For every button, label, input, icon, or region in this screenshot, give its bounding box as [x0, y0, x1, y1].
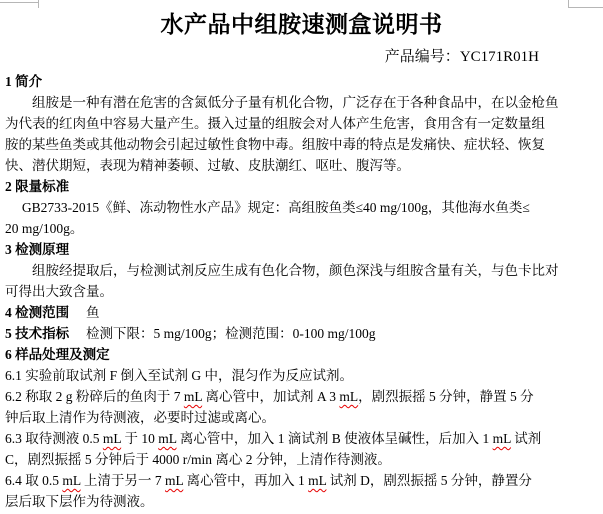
text-segment: 组胺经提取后，与检测试剂反应生成有色化合物，颜色深浅与组胺含量有关，与色卡比对	[5, 263, 559, 278]
text-segment: 为代表的红肉鱼中容易大量产生。摄入过量的组胺会对人体产生危害，食用含有一定数量组	[5, 116, 545, 131]
text-segment: 检测下限：5 mg/100g；检测范围：0-100 mg/100g	[69, 326, 375, 341]
doc-line: 可得出大致含量。	[0, 281, 603, 302]
text-segment: 6 样品处理及测定	[5, 347, 110, 362]
doc-line: C，剧烈振摇 5 分钟后于 4000 r/min 离心 2 分钟，上清作待测液。	[0, 449, 603, 470]
spellcheck-flagged-text: mL	[493, 431, 511, 446]
product-code-line: 产品编号：YC171R01H	[0, 45, 603, 70]
text-segment: GB2733-2015《鲜、冻动物性水产品》规定：高组胺鱼类≤40 mg/100…	[5, 200, 530, 215]
doc-line: 为代表的红肉鱼中容易大量产生。摄入过量的组胺会对人体产生危害，食用含有一定数量组	[0, 113, 603, 134]
spellcheck-flagged-text: mL	[158, 431, 176, 446]
text-segment: 快、潜伏期短，表现为精神萎顿、过敏、皮肤潮红、呕吐、腹泻等。	[5, 158, 410, 173]
text-segment: 上清于另一 7	[81, 473, 165, 488]
doc-line: 快、潜伏期短，表现为精神萎顿、过敏、皮肤潮红、呕吐、腹泻等。	[0, 155, 603, 176]
page-corner-mark-top-right-horizontal	[568, 7, 603, 8]
text-segment: 1 简介	[5, 74, 42, 89]
doc-line: 3 检测原理	[0, 239, 603, 260]
doc-line: 6.2 称取 2 g 粉碎后的鱼肉于 7 mL 离心管中，加试剂 A 3 mL，…	[0, 386, 603, 407]
text-segment: 6.2 称取 2 g 粉碎后的鱼肉于 7	[5, 389, 184, 404]
spellcheck-flagged-text: mL	[103, 431, 121, 446]
text-segment: 鱼	[69, 305, 99, 320]
doc-line: 6.3 取待测液 0.5 mL 于 10 mL 离心管中，加入 1 滴试剂 B …	[0, 428, 603, 449]
text-segment: 6.4 取 0.5	[5, 473, 62, 488]
text-segment: 层后取下层作为待测液。	[5, 494, 154, 509]
text-segment: 6.1 实验前取试剂 F 倒入至试剂 G 中，混匀作为反应试剂。	[5, 368, 353, 383]
doc-line: 钟后取上清作为待测液，必要时过滤或离心。	[0, 407, 603, 428]
text-segment: 于 10	[121, 431, 158, 446]
text-segment: 4 检测范围	[5, 305, 69, 320]
doc-line: 组胺是一种有潜在危害的含氮低分子量有机化合物，广泛存在于各种食品中，在以金枪鱼	[0, 92, 603, 113]
doc-line: 层后取下层作为待测液。	[0, 491, 603, 512]
page-corner-mark-top-left-vertical	[38, 0, 39, 8]
text-segment: 离心管中，加试剂 A 3	[202, 389, 339, 404]
spellcheck-flagged-text: mL	[62, 473, 80, 488]
product-code-label: 产品编号：	[385, 49, 460, 65]
document-lines: 1 简介 组胺是一种有潜在危害的含氮低分子量有机化合物，广泛存在于各种食品中，在…	[0, 71, 603, 512]
text-segment: 3 检测原理	[5, 242, 69, 257]
text-segment: 组胺是一种有潜在危害的含氮低分子量有机化合物，广泛存在于各种食品中，在以金枪鱼	[5, 95, 559, 110]
doc-line: 2 限量标准	[0, 176, 603, 197]
doc-line: 20 mg/100g。	[0, 218, 603, 239]
doc-line: 5 技术指标 检测下限：5 mg/100g；检测范围：0-100 mg/100g	[0, 323, 603, 344]
doc-line: 4 检测范围 鱼	[0, 302, 603, 323]
doc-line: 6 样品处理及测定	[0, 344, 603, 365]
text-segment: 2 限量标准	[5, 179, 69, 194]
text-segment: 5 技术指标	[5, 326, 69, 341]
spellcheck-flagged-text: mL	[184, 389, 202, 404]
text-segment: 可得出大致含量。	[5, 284, 113, 299]
text-segment: 钟后取上清作为待测液，必要时过滤或离心。	[5, 410, 275, 425]
spellcheck-flagged-text: mL	[308, 473, 326, 488]
text-segment: 试剂 D，剧烈振摇 5 分钟，静置分	[326, 473, 532, 488]
document-title: 水产品中组胺速测盒说明书	[0, 11, 603, 38]
text-segment: 6.3 取待测液 0.5	[5, 431, 103, 446]
doc-line: 胺的某些鱼类或其他动物会引起过敏性食物中毒。组胺中毒的特点是发痛快、症状轻、恢复	[0, 134, 603, 155]
text-segment: 胺的某些鱼类或其他动物会引起过敏性食物中毒。组胺中毒的特点是发痛快、症状轻、恢复	[5, 137, 545, 152]
spellcheck-flagged-text: mL	[165, 473, 183, 488]
doc-line: 6.1 实验前取试剂 F 倒入至试剂 G 中，混匀作为反应试剂。	[0, 365, 603, 386]
doc-line: GB2733-2015《鲜、冻动物性水产品》规定：高组胺鱼类≤40 mg/100…	[0, 197, 603, 218]
doc-line: 组胺经提取后，与检测试剂反应生成有色化合物，颜色深浅与组胺含量有关，与色卡比对	[0, 260, 603, 281]
text-segment: ，剧烈振摇 5 分钟，静置 5 分	[358, 389, 534, 404]
product-code-value: YC171R01H	[460, 49, 539, 65]
text-segment: C，剧烈振摇 5 分钟后于 4000 r/min 离心 2 分钟，上清作待测液。	[5, 452, 391, 467]
doc-line: 6.4 取 0.5 mL 上清于另一 7 mL 离心管中，再加入 1 mL 试剂…	[0, 470, 603, 491]
doc-line: 1 简介	[0, 71, 603, 92]
text-segment: 试剂	[511, 431, 541, 446]
spellcheck-flagged-text: mL	[339, 389, 358, 404]
text-segment: 20 mg/100g。	[5, 221, 83, 236]
page-corner-mark-top-left-horizontal	[0, 2, 38, 3]
text-segment: 离心管中，再加入 1	[183, 473, 308, 488]
text-segment: 离心管中，加入 1 滴试剂 B 使液体呈碱性，后加入 1	[177, 431, 493, 446]
